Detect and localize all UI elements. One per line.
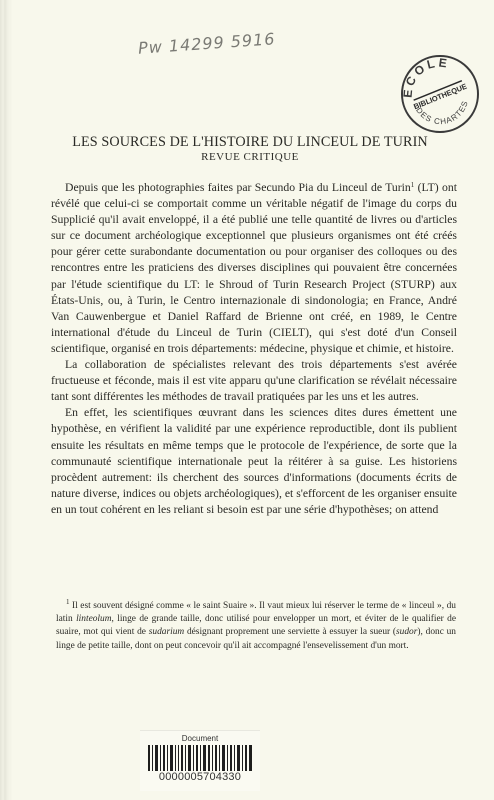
handwritten-shelfmark: Pw 14299 5916: [138, 29, 277, 58]
barcode-icon: [148, 745, 252, 771]
footnote: 1 Il est souvent désigné comme « le sain…: [56, 600, 456, 653]
paragraph-3: En effet, les scientifiques œuvrant dans…: [51, 405, 457, 518]
paragraph-2: La collaboration de spécialistes relevan…: [51, 357, 457, 405]
library-stamp-icon: ECOLE DES CHARTES BIBLIOTHEQUE: [398, 52, 482, 136]
barcode-label-sticker: Document 0000005704330: [140, 730, 260, 791]
footnote-1: 1 Il est souvent désigné comme « le sain…: [56, 600, 456, 653]
barcode-number: 0000005704330: [140, 771, 260, 783]
article-title: LES SOURCES DE L'HISTOIRE DU LINCEUL DE …: [30, 134, 470, 151]
paragraph-1: Depuis que les photographies faites par …: [51, 180, 457, 357]
article-subtitle: REVUE CRITIQUE: [30, 151, 470, 163]
article-body: Depuis que les photographies faites par …: [51, 180, 457, 518]
barcode-caption: Document: [140, 734, 260, 743]
page-binding-edge: [0, 0, 12, 800]
